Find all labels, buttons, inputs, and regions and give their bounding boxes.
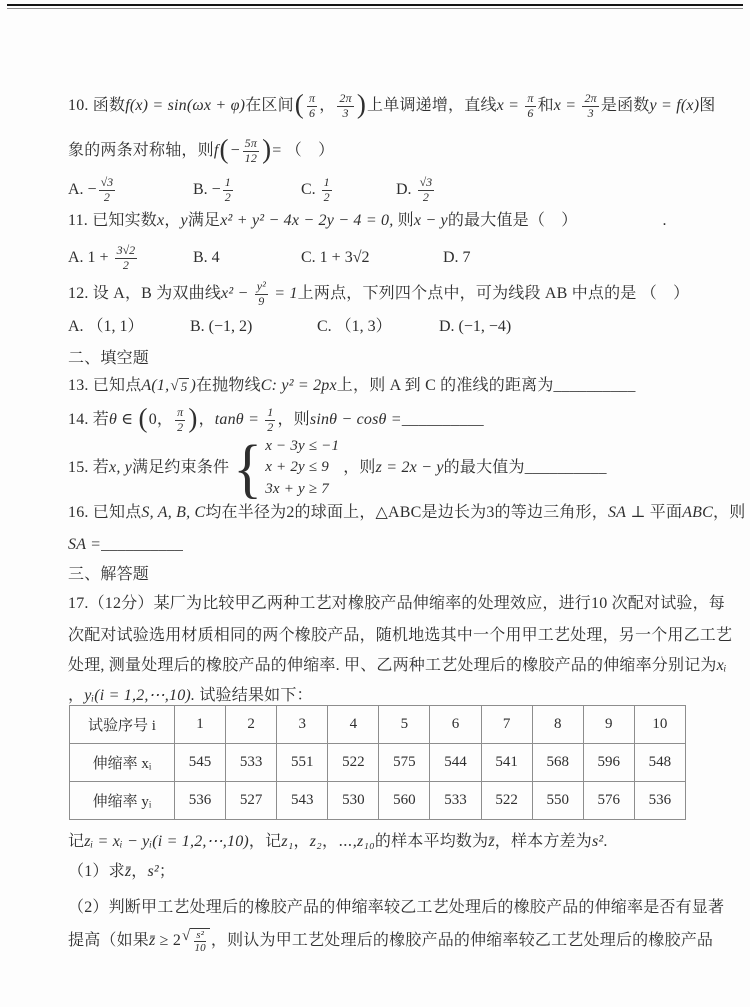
big-paren: )	[262, 134, 271, 164]
text: 15. 若	[68, 459, 109, 476]
system-of-inequalities: {x − 3y ≤ −1x + 2y ≤ 93x + y ≥ 7	[233, 436, 339, 501]
big-paren: )	[357, 89, 366, 119]
text: ，记	[249, 833, 281, 850]
value-cell: 530	[328, 782, 379, 820]
big-paren: (	[219, 134, 228, 164]
question-16-line-1: 16. 已知点S, A, B, C均在半径为2的球面上，△ABC是边长为3的等边…	[68, 497, 694, 529]
value-cell: 527	[226, 782, 277, 820]
math-text: z₁₀	[357, 833, 375, 850]
fraction: π6	[307, 92, 317, 121]
math-text: zᵢ = xᵢ − yᵢ(i = 1,2,⋯,10)	[84, 833, 249, 850]
value-cell: 575	[379, 744, 430, 782]
math-text: x =	[497, 97, 524, 114]
text: 试验结果如下：	[195, 687, 313, 704]
text: C.	[301, 181, 320, 198]
text: __________	[525, 459, 607, 476]
text: 则	[393, 212, 413, 229]
text: ，样本方差为	[495, 833, 592, 850]
text: 满足约束条件	[132, 459, 229, 476]
math-text: ABC	[682, 504, 713, 521]
value-cell: 10	[634, 706, 685, 744]
table-row: 试验序号 i12345678910	[70, 706, 686, 744]
text: 均在半径为2的球面上，△ABC是边长为3的等边三角形，	[205, 504, 608, 521]
fraction: 12	[322, 176, 332, 205]
question-10-line-2: 象的两条对称轴，则f(−5π12)= （ ）	[68, 129, 694, 173]
value-cell: 533	[430, 782, 481, 820]
math-text: f(x) = sin(ωx + φ)	[125, 97, 245, 114]
text: = （ ）	[272, 142, 334, 159]
text: 的样本平均数为	[375, 833, 488, 850]
text: ，	[294, 833, 310, 850]
value-cell: 543	[277, 782, 328, 820]
text: A. （1, 1）	[68, 318, 144, 335]
fraction: 2π3	[337, 92, 353, 121]
text: 是函数	[601, 97, 650, 114]
math-text: y	[181, 212, 188, 229]
math-text: −	[230, 142, 241, 159]
fraction: 12	[223, 176, 233, 205]
math-text: tanθ =	[215, 411, 264, 428]
question-15: 15. 若x, y满足约束条件{x − 3y ≤ −1x + 2y ≤ 93x …	[68, 428, 694, 508]
text: ，则	[713, 504, 745, 521]
text: 象的两条对称轴，则	[68, 142, 214, 159]
math-text: x² + y² − 4x − 2y − 4 = 0,	[220, 212, 393, 229]
value-cell: 2	[226, 706, 277, 744]
text: ；	[159, 863, 175, 880]
fraction: √32	[418, 176, 435, 205]
text: 10. 函数	[68, 97, 125, 114]
text: 满足	[188, 212, 220, 229]
text: 次配对试验选用材质相同的两个橡胶产品，随机地选其中一个用甲工艺处理，另一个用乙工…	[68, 627, 732, 644]
text: 提高（如果	[68, 932, 149, 949]
text: 上单调递增，直线	[367, 97, 497, 114]
math-text: x, y	[109, 459, 132, 476]
text: ∈	[117, 411, 137, 428]
text: .	[662, 212, 666, 229]
top-rule-line	[7, 4, 743, 9]
question-17-z-definition-line: 记zᵢ = xᵢ − yᵢ(i = 1,2,⋯,10)，记z₁，z₂，⋯,z₁₀…	[68, 826, 694, 858]
option-b: B. (−1, 2)	[190, 312, 317, 342]
math-text: SA	[608, 504, 626, 521]
text: 0，	[149, 411, 173, 428]
value-cell: 541	[481, 744, 532, 782]
text: C. （1, 3）	[317, 318, 392, 335]
experiment-results-table: 试验序号 i12345678910伸缩率 xᵢ54553355152257554…	[69, 705, 686, 820]
math-text: z = 2x − y	[376, 459, 444, 476]
value-cell: 8	[532, 706, 583, 744]
text: ，	[68, 687, 84, 704]
question-12-line-1: 12. 设 A，B 为双曲线x² − y²9 = 1上两点，下列四个点中，可为线…	[68, 272, 694, 316]
math-text: x =	[554, 97, 581, 114]
text: ≥ 2	[155, 932, 181, 949]
fraction: π6	[525, 92, 535, 121]
section-heading-answer: 三、解答题	[68, 560, 694, 590]
text: __________	[402, 411, 484, 428]
text: 上两点，下列四个点中，可为线段 AB 中点的是 （ ）	[298, 285, 690, 302]
text: ，	[131, 863, 147, 880]
value-cell: 596	[583, 744, 634, 782]
question-10-line-1: 10. 函数f(x) = sin(ωx + φ)在区间(π6，2π3)上单调递增…	[68, 84, 694, 128]
math-text: s²	[147, 863, 158, 880]
text: ，	[319, 97, 335, 114]
radical-icon: √	[182, 928, 190, 945]
exam-document-page: 10. 函数f(x) = sin(ωx + φ)在区间(π6，2π3)上单调递增…	[0, 0, 750, 1007]
math-text: z₂	[310, 833, 322, 850]
question-17-part-2-continued: 提高（如果z̄ ≥ 2√s²10，则认为甲工艺处理后的橡胶产品的伸缩率较乙工艺处…	[68, 918, 694, 964]
question-12-options: A. （1, 1） B. (−1, 2) C. （1, 3） D. (−1, −…	[68, 312, 694, 342]
question-17-part-1: （1）求z̄，s²；	[68, 855, 694, 889]
text: __________	[554, 377, 636, 394]
text: 13. 已知点	[68, 377, 141, 394]
value-cell: 568	[532, 744, 583, 782]
question-17-line-2: 次配对试验选用材质相同的两个橡胶产品，随机地选其中一个用甲工艺处理，另一个用乙工…	[68, 621, 694, 651]
math-text: x² −	[221, 285, 253, 302]
value-cell: 9	[583, 706, 634, 744]
option-c: C. （1, 3）	[317, 312, 439, 342]
text: 12. 设 A，B 为双曲线	[68, 285, 221, 302]
big-paren: (	[295, 89, 304, 119]
fraction: 2π3	[582, 92, 598, 121]
option-a: A. （1, 1）	[68, 312, 190, 342]
text: 的最大值是（ ）	[448, 212, 578, 229]
row-label-cell: 伸缩率 xᵢ	[70, 744, 175, 782]
question-17-line-3: 处理, 测量处理后的橡胶产品的伸缩率. 甲、乙两种工艺处理后的橡胶产品的伸缩率分…	[68, 651, 694, 681]
math-text: yᵢ(i = 1,2,⋯,10).	[84, 687, 195, 704]
value-cell: 545	[175, 744, 226, 782]
math-text: f	[214, 142, 219, 159]
math-text: θ	[109, 411, 117, 428]
text: 14. 若	[68, 411, 109, 428]
brace-icon: {	[233, 437, 262, 500]
text: 记	[68, 833, 84, 850]
value-cell: 550	[532, 782, 583, 820]
text: 的最大值为	[444, 459, 525, 476]
text: （1）求	[68, 863, 125, 880]
math-text: SA =	[68, 536, 101, 553]
table-row: 伸缩率 yᵢ536527543530560533522550576536	[70, 782, 686, 820]
text: 在抛物线	[196, 377, 261, 394]
value-cell: 5	[379, 706, 430, 744]
text: B. 4	[193, 249, 220, 266]
value-cell: 7	[481, 706, 532, 744]
text: D. (−1, −4)	[439, 318, 511, 335]
text: ，则	[343, 459, 375, 476]
value-cell: 533	[226, 744, 277, 782]
text: 和	[538, 97, 554, 114]
math-text: sinθ − cosθ =	[310, 411, 402, 428]
text: D. 7	[443, 249, 471, 266]
text: 在区间	[245, 97, 294, 114]
math-text: S, A, B, C	[141, 504, 205, 521]
text: D.	[396, 181, 416, 198]
fraction: 5π12	[243, 137, 259, 166]
math-text: s²	[592, 833, 603, 850]
value-cell: 536	[634, 782, 685, 820]
value-cell: 522	[481, 782, 532, 820]
text: ，⋯,	[322, 833, 357, 850]
text: .	[603, 833, 607, 850]
text: （2）判断甲工艺处理后的橡胶产品的伸缩率较乙工艺处理后的橡胶产品的伸缩率是否有显…	[68, 899, 724, 916]
text: ，则	[277, 411, 309, 428]
text: 处理, 测量处理后的橡胶产品的伸缩率. 甲、乙两种工艺处理后的橡胶产品的伸缩率分…	[68, 657, 717, 674]
question-16-line-2: SA =__________	[68, 529, 694, 561]
value-cell: 560	[379, 782, 430, 820]
fraction: 3√22	[115, 244, 138, 273]
inequality-row: x + 2y ≤ 9	[265, 457, 339, 479]
text: A. 1 +	[68, 249, 113, 266]
value-cell: 548	[634, 744, 685, 782]
text: A. −	[68, 181, 97, 198]
value-cell: 4	[328, 706, 379, 744]
value-cell: 544	[430, 744, 481, 782]
text: ，	[164, 212, 180, 229]
fraction: √32	[99, 176, 116, 205]
text: __________	[101, 536, 183, 553]
value-cell: 6	[430, 706, 481, 744]
text: B. (−1, 2)	[190, 318, 252, 335]
text: ，则认为甲工艺处理后的橡胶产品的伸缩率较乙工艺处理后的橡胶产品	[211, 932, 713, 949]
math-text: z₁	[281, 833, 293, 850]
fraction: y²9	[255, 280, 268, 309]
question-17-line-1: 17.（12分）某厂为比较甲乙两种工艺对橡胶产品伸缩率的处理效应，进行10 次配…	[68, 589, 694, 619]
inequality-row: x − 3y ≤ −1	[265, 436, 339, 458]
value-cell: 576	[583, 782, 634, 820]
math-text: x − y	[414, 212, 448, 229]
sqrt: √5	[170, 378, 189, 395]
value-cell: 536	[175, 782, 226, 820]
question-11-line-1: 11. 已知实数x，y满足x² + y² − 4x − 2y − 4 = 0, …	[68, 206, 694, 236]
option-d: D. (−1, −4)	[439, 312, 694, 342]
value-cell: 1	[175, 706, 226, 744]
row-label-cell: 试验序号 i	[70, 706, 175, 744]
row-label-cell: 伸缩率 yᵢ	[70, 782, 175, 820]
radical-icon: √	[170, 378, 178, 395]
math-text: = 1	[270, 285, 298, 302]
text: B. −	[193, 181, 221, 198]
text: 图	[699, 97, 715, 114]
value-cell: 551	[277, 744, 328, 782]
table-row: 伸缩率 xᵢ545533551522575544541568596548	[70, 744, 686, 782]
text: 16. 已知点	[68, 504, 141, 521]
text: 17.（12分）某厂为比较甲乙两种工艺对橡胶产品伸缩率的处理效应，进行10 次配…	[68, 595, 725, 612]
text: C. 1 + 3√2	[301, 249, 369, 266]
value-cell: 522	[328, 744, 379, 782]
text: 上，则 A 到 C 的准线的距离为	[337, 377, 554, 394]
value-cell: 3	[277, 706, 328, 744]
math-text: A(1,	[141, 377, 169, 394]
text: ，	[199, 411, 215, 428]
text: ⊥ 平面	[626, 504, 682, 521]
math-text: y = f(x)	[650, 97, 700, 114]
sqrt-fraction: √s²10	[182, 928, 210, 955]
math-text: C: y² = 2px	[261, 377, 337, 394]
text: 11. 已知实数	[68, 212, 157, 229]
math-text: xᵢ	[717, 657, 727, 674]
